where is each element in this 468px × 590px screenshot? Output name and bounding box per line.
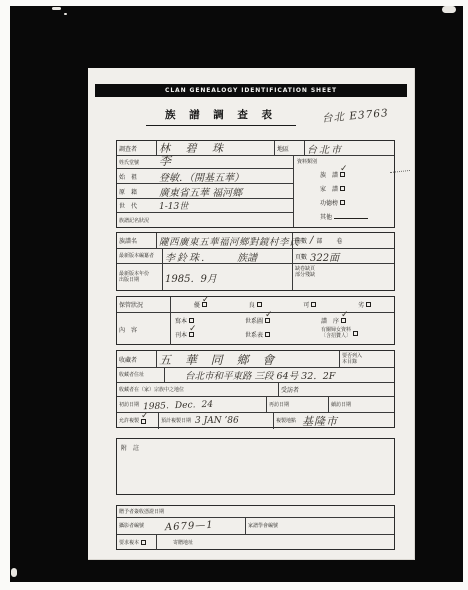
film-number-annotation: 台北 E3763 — [321, 105, 389, 126]
condition-label: 保管狀況 — [119, 300, 143, 309]
holder-value: 五 華 同 鄉 會 — [159, 351, 279, 368]
content-option-label: 寫本 — [175, 316, 187, 325]
form-page: CLAN GENEALOGY IDENTIFICATION SHEET 族 譜 … — [88, 68, 415, 560]
defect-label-line2: 部分殘缺 — [295, 272, 315, 278]
content-option: 刊本✓ — [175, 329, 245, 339]
copy-request-checkbox — [141, 540, 146, 545]
area-value: 台北市 — [307, 141, 343, 156]
copy-date-label: 預計複製日期 — [161, 418, 191, 424]
film-speck — [11, 568, 17, 577]
area-label: 地區 — [277, 144, 289, 153]
category-item: 族 譜 ✓ — [320, 169, 368, 179]
photo-number-row: 攝影者編號 A679—1 家譜學會編號 — [117, 518, 394, 535]
revisit-label: 再訪日期 — [269, 402, 289, 408]
page-title: 族 譜 調 查 表 — [146, 107, 296, 126]
surveyor-label: 調查者 — [119, 144, 137, 153]
content-col-format: 寫本 刊本✓ — [175, 315, 245, 343]
photo-number-label: 攝影者編號 — [119, 523, 144, 529]
content-option: 世系表 — [245, 329, 321, 339]
copy-place-label: 複製地點 — [276, 418, 296, 424]
surname-hall-value: 李 — [159, 152, 171, 169]
film-speck — [64, 13, 67, 15]
volumes-unit2: 卷 — [336, 236, 342, 245]
generations-value: 1-13世 — [159, 199, 188, 212]
origin-value: 廣東省五華 福河鄉 — [159, 184, 242, 199]
genealogy-name-label: 族譜名 — [119, 236, 137, 245]
content-option-sublabel: 〔含招贅人〕 — [321, 333, 351, 339]
banner-title: CLAN GENEALOGY IDENTIFICATION SHEET — [165, 87, 337, 94]
compiler-label: 最新版本編纂者 — [119, 253, 154, 259]
first-visit-value: 1985．Dec．24 — [143, 397, 213, 412]
origin-row: 原 籍 廣東省五華 福河鄉 — [117, 184, 293, 199]
address-row: 收藏者住址 台北市和平東路 三段 64号 32．2F — [117, 368, 394, 383]
compiler-row: 最新版本編纂者 李鈴珠． 族譜 頁數 322面 — [117, 249, 394, 264]
category-item: 家 譜 — [320, 183, 368, 193]
content-col-misc: 譜 序✓ 有關婦女資料 〔含招贅人〕 — [321, 315, 390, 343]
compiler-note: 族譜 — [237, 249, 257, 264]
generations-row: 世 代 1-13世 — [117, 199, 293, 213]
condition-option: 可 — [303, 300, 316, 310]
condition-option-label: 劣 — [358, 300, 364, 309]
genealogy-name-value: 隴西廣東五華福河鄉對鏡村李氏 — [159, 234, 299, 248]
surname-hall-row: 姓氏堂號 李 — [117, 156, 293, 169]
condition-option: 良 — [249, 300, 262, 310]
position-row: 收藏者在（家）宗族中之地位 受訪者 — [117, 383, 394, 397]
category-item-label: 族 譜 — [320, 170, 338, 179]
category-item: 功德榜 — [320, 197, 368, 207]
copy-place-value: 基隆市 — [302, 413, 338, 429]
content-checkbox — [189, 318, 194, 323]
volumes-unit1: 部 — [316, 236, 322, 245]
pen-dotted-mark — [390, 170, 410, 173]
holder-row: 收藏者 五 華 同 鄉 會 要否列入 本目錄 — [117, 351, 394, 368]
mailing-label: 寄贈地址 — [173, 540, 193, 546]
record-status-label: 族譜記名狀況 — [119, 217, 149, 224]
edition-value: 1985．9月 — [165, 270, 217, 285]
content-row: 內 容 寫本 刊本✓ 世系圖✓ 世系表 譜 序✓ 有關婦女資料 — [117, 313, 394, 345]
copy-request-label: 要求複本 — [119, 540, 139, 546]
category-checkbox — [340, 186, 345, 191]
condition-option: 優✓ — [194, 300, 207, 310]
condition-option-label: 優 — [194, 300, 200, 309]
first-ancestor-value: 登敏．（開基五華） — [159, 169, 244, 184]
blank-line — [334, 213, 368, 219]
followup-label: 續訪日期 — [331, 402, 351, 408]
first-visit-label: 初訪日期 — [119, 402, 139, 408]
condition-table: 保管狀況 優✓ 良 可 劣 內 容 寫本 刊本✓ 世系圖✓ — [116, 296, 395, 345]
content-option: 有關婦女資料 〔含招贅人〕 — [321, 327, 390, 339]
microfilm-background: CLAN GENEALOGY IDENTIFICATION SHEET 族 譜 … — [10, 6, 463, 582]
material-category-header: 資料類別 — [297, 158, 317, 165]
receipt-label: 贈予者簽收憑證日期 — [119, 509, 164, 515]
form-banner: CLAN GENEALOGY IDENTIFICATION SHEET — [95, 84, 407, 97]
content-option-label: 世系表 — [245, 330, 263, 339]
content-label: 內 容 — [119, 325, 137, 334]
identity-table: 調查者 林 碧 珠 地區 台北市 姓氏堂號 李 始 祖 登敏．（開基五華） — [116, 140, 395, 228]
notes-box: 附 註 — [116, 438, 395, 495]
content-col-lineage: 世系圖✓ 世系表 — [245, 315, 321, 343]
holder-label: 收藏者 — [119, 355, 137, 364]
position-label: 收藏者在（家）宗族中之地位 — [119, 387, 184, 393]
address-value: 台北市和平東路 三段 64号 32．2F — [185, 368, 335, 382]
visit-dates-row: 初訪日期 1985．Dec．24 再訪日期 續訪日期 — [117, 397, 394, 413]
receipt-row: 贈予者簽收憑證日期 — [117, 506, 394, 518]
content-option-label: 世系圖 — [245, 316, 263, 325]
origin-label: 原 籍 — [119, 187, 137, 196]
content-option-label: 譜 序 — [321, 316, 339, 325]
surname-hall-label: 姓氏堂號 — [119, 159, 139, 166]
first-ancestor-label: 始 祖 — [119, 172, 137, 181]
informant-label: 受訪者 — [281, 385, 299, 394]
identity-left-column: 姓氏堂號 李 始 祖 登敏．（開基五華） 原 籍 廣東省五華 福河鄉 世 代 1… — [117, 156, 293, 227]
category-other: 其他 — [320, 211, 368, 221]
content-option: 譜 序✓ — [321, 315, 390, 325]
material-category-items: 族 譜 ✓ 家 譜 功德榜 — [320, 169, 368, 221]
identity-body: 姓氏堂號 李 始 祖 登敏．（開基五華） 原 籍 廣東省五華 福河鄉 世 代 1… — [117, 156, 394, 227]
condition-option-label: 良 — [249, 300, 255, 309]
category-checkbox — [340, 200, 345, 205]
permit-label: 允許複製 — [119, 418, 139, 424]
edition-row: 最新版本年份 出版日期 1985．9月 缺卷缺頁 部分殘缺 — [117, 264, 394, 290]
material-category-box: 資料類別 族 譜 ✓ 家 譜 功德榜 — [293, 156, 394, 227]
condition-option: 劣 — [358, 300, 371, 310]
condition-checkbox — [366, 302, 371, 307]
address-label: 收藏者住址 — [119, 372, 144, 378]
content-option: 寫本 — [175, 315, 245, 325]
category-item-label: 功德榜 — [320, 198, 338, 207]
copy-date-value: 3 JAN ’86 — [195, 416, 239, 426]
condition-checkbox — [311, 302, 316, 307]
notes-label: 附 註 — [121, 443, 139, 452]
copy-request-row: 要求複本 寄贈地址 — [117, 535, 394, 550]
condition-row: 保管狀況 優✓ 良 可 劣 — [117, 297, 394, 313]
copy-permission-row: 允許複製 ✓ 預計複製日期 3 JAN ’86 複製地點 基隆市 — [117, 413, 394, 429]
processing-table: 贈予者簽收憑證日期 攝影者編號 A679—1 家譜學會編號 要求複本 寄贈地址 — [116, 505, 395, 550]
condition-checkbox — [257, 302, 262, 307]
volumes-value: ∕ — [310, 235, 313, 246]
photo-number-value: A679—1 — [165, 519, 214, 533]
edition-label-line2: 出版日期 — [119, 277, 139, 283]
category-other-label: 其他 — [320, 212, 332, 221]
content-option-label: 刊本 — [175, 330, 187, 339]
first-ancestor-row: 始 祖 登敏．（開基五華） — [117, 169, 293, 184]
pages-value: 322面 — [310, 249, 339, 264]
compiler-value: 李鈴珠． — [165, 249, 213, 264]
volumes-label: 冊數 — [295, 236, 307, 245]
film-speck — [442, 6, 456, 13]
condition-option-label: 可 — [303, 300, 309, 309]
holder-table: 收藏者 五 華 同 鄉 會 要否列入 本目錄 收藏者住址 台北市和平東路 三段 … — [116, 350, 395, 428]
content-option: 世系圖✓ — [245, 315, 321, 325]
generations-label: 世 代 — [119, 201, 137, 210]
category-item-label: 家 譜 — [320, 184, 338, 193]
genealogy-table: 族譜名 隴西廣東五華福河鄉對鏡村李氏 冊數 ∕ 部 卷 最新版本編纂者 李鈴珠．… — [116, 232, 395, 291]
genealogy-name-row: 族譜名 隴西廣東五華福河鄉對鏡村李氏 冊數 ∕ 部 卷 — [117, 233, 394, 249]
content-checkbox — [353, 331, 358, 336]
film-speck — [52, 7, 61, 10]
content-checkbox — [265, 332, 270, 337]
society-number-label: 家譜學會編號 — [248, 523, 278, 529]
record-status-row: 族譜記名狀況 — [117, 213, 293, 227]
pages-label: 頁數 — [295, 252, 307, 261]
listing-label-line2: 本目錄 — [342, 359, 357, 365]
